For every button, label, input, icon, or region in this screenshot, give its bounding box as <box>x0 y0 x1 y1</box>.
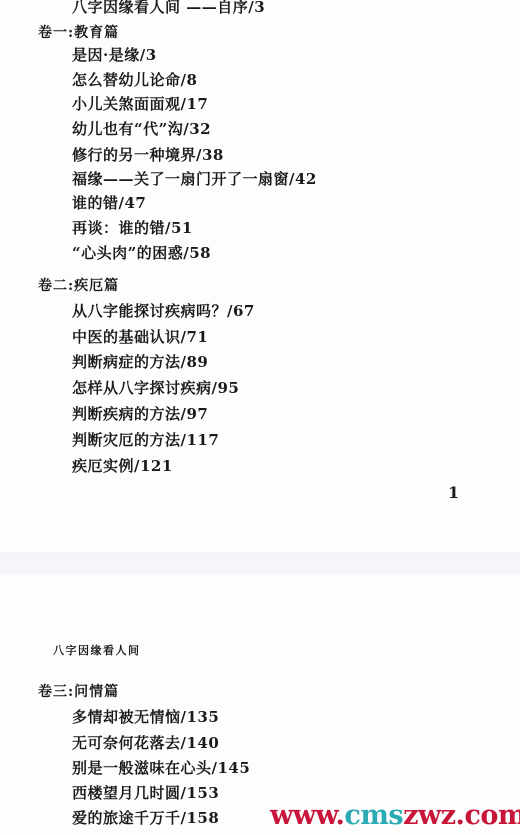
page-break-divider <box>0 552 520 575</box>
toc-entry: 判断病症的方法/89 <box>72 353 208 371</box>
watermark-prefix: www. <box>270 800 344 831</box>
toc-entry: 再谈：谁的错/51 <box>72 219 193 237</box>
toc-entry: 西楼望月几时圆/153 <box>72 784 219 802</box>
running-head: 八字因缘看人间 <box>53 642 141 660</box>
section-heading-1: 卷一:教育篇 <box>38 24 119 42</box>
toc-entry: 多情却被无情恼/135 <box>72 708 219 726</box>
toc-entry: 怎样从八字探讨疾病/95 <box>72 379 239 397</box>
toc-entry: 无可奈何花落去/140 <box>72 734 219 752</box>
toc-entry: 修行的另一种境界/38 <box>72 146 224 164</box>
toc-entry: 是因·是缘/3 <box>72 46 157 64</box>
section-heading-2: 卷二:疾厄篇 <box>38 277 119 295</box>
toc-entry: 小儿关煞面面观/17 <box>72 95 208 113</box>
watermark-suffix: zwz.com <box>403 800 520 831</box>
toc-entry: 福缘——关了一扇门开了一扇窗/42 <box>72 170 317 188</box>
toc-entry: 疾厄实例/121 <box>72 457 173 475</box>
page-number: 1 <box>448 483 459 502</box>
toc-preface: 八字因缘看人间 ——自序/3 <box>72 0 265 16</box>
toc-entry: “心头肉”的困惑/58 <box>72 244 211 262</box>
toc-entry: 怎么替幼儿论命/8 <box>72 71 197 89</box>
toc-page-2: 八字因缘看人间 卷三:问情篇 多情却被无情恼/135 无可奈何花落去/140 别… <box>0 574 520 835</box>
toc-entry: 判断灾厄的方法/117 <box>72 431 219 449</box>
toc-entry: 从八字能探讨疾病吗？/67 <box>72 302 255 320</box>
toc-entry: 别是一般滋味在心头/145 <box>72 759 250 777</box>
toc-entry: 中医的基础认识/71 <box>72 328 208 346</box>
toc-entry: 幼儿也有“代”沟/32 <box>72 120 211 138</box>
toc-entry: 爱的旅途千万千/158 <box>72 809 219 827</box>
toc-entry: 判断疾病的方法/97 <box>72 405 208 423</box>
toc-page-1: 八字因缘看人间 ——自序/3 卷一:教育篇 是因·是缘/3 怎么替幼儿论命/8 … <box>0 0 520 552</box>
toc-entry: 谁的错/47 <box>72 194 146 212</box>
section-heading-3: 卷三:问情篇 <box>38 683 119 701</box>
watermark-accent: cms <box>344 800 403 831</box>
site-watermark: www.cmszwz.com <box>270 800 520 831</box>
